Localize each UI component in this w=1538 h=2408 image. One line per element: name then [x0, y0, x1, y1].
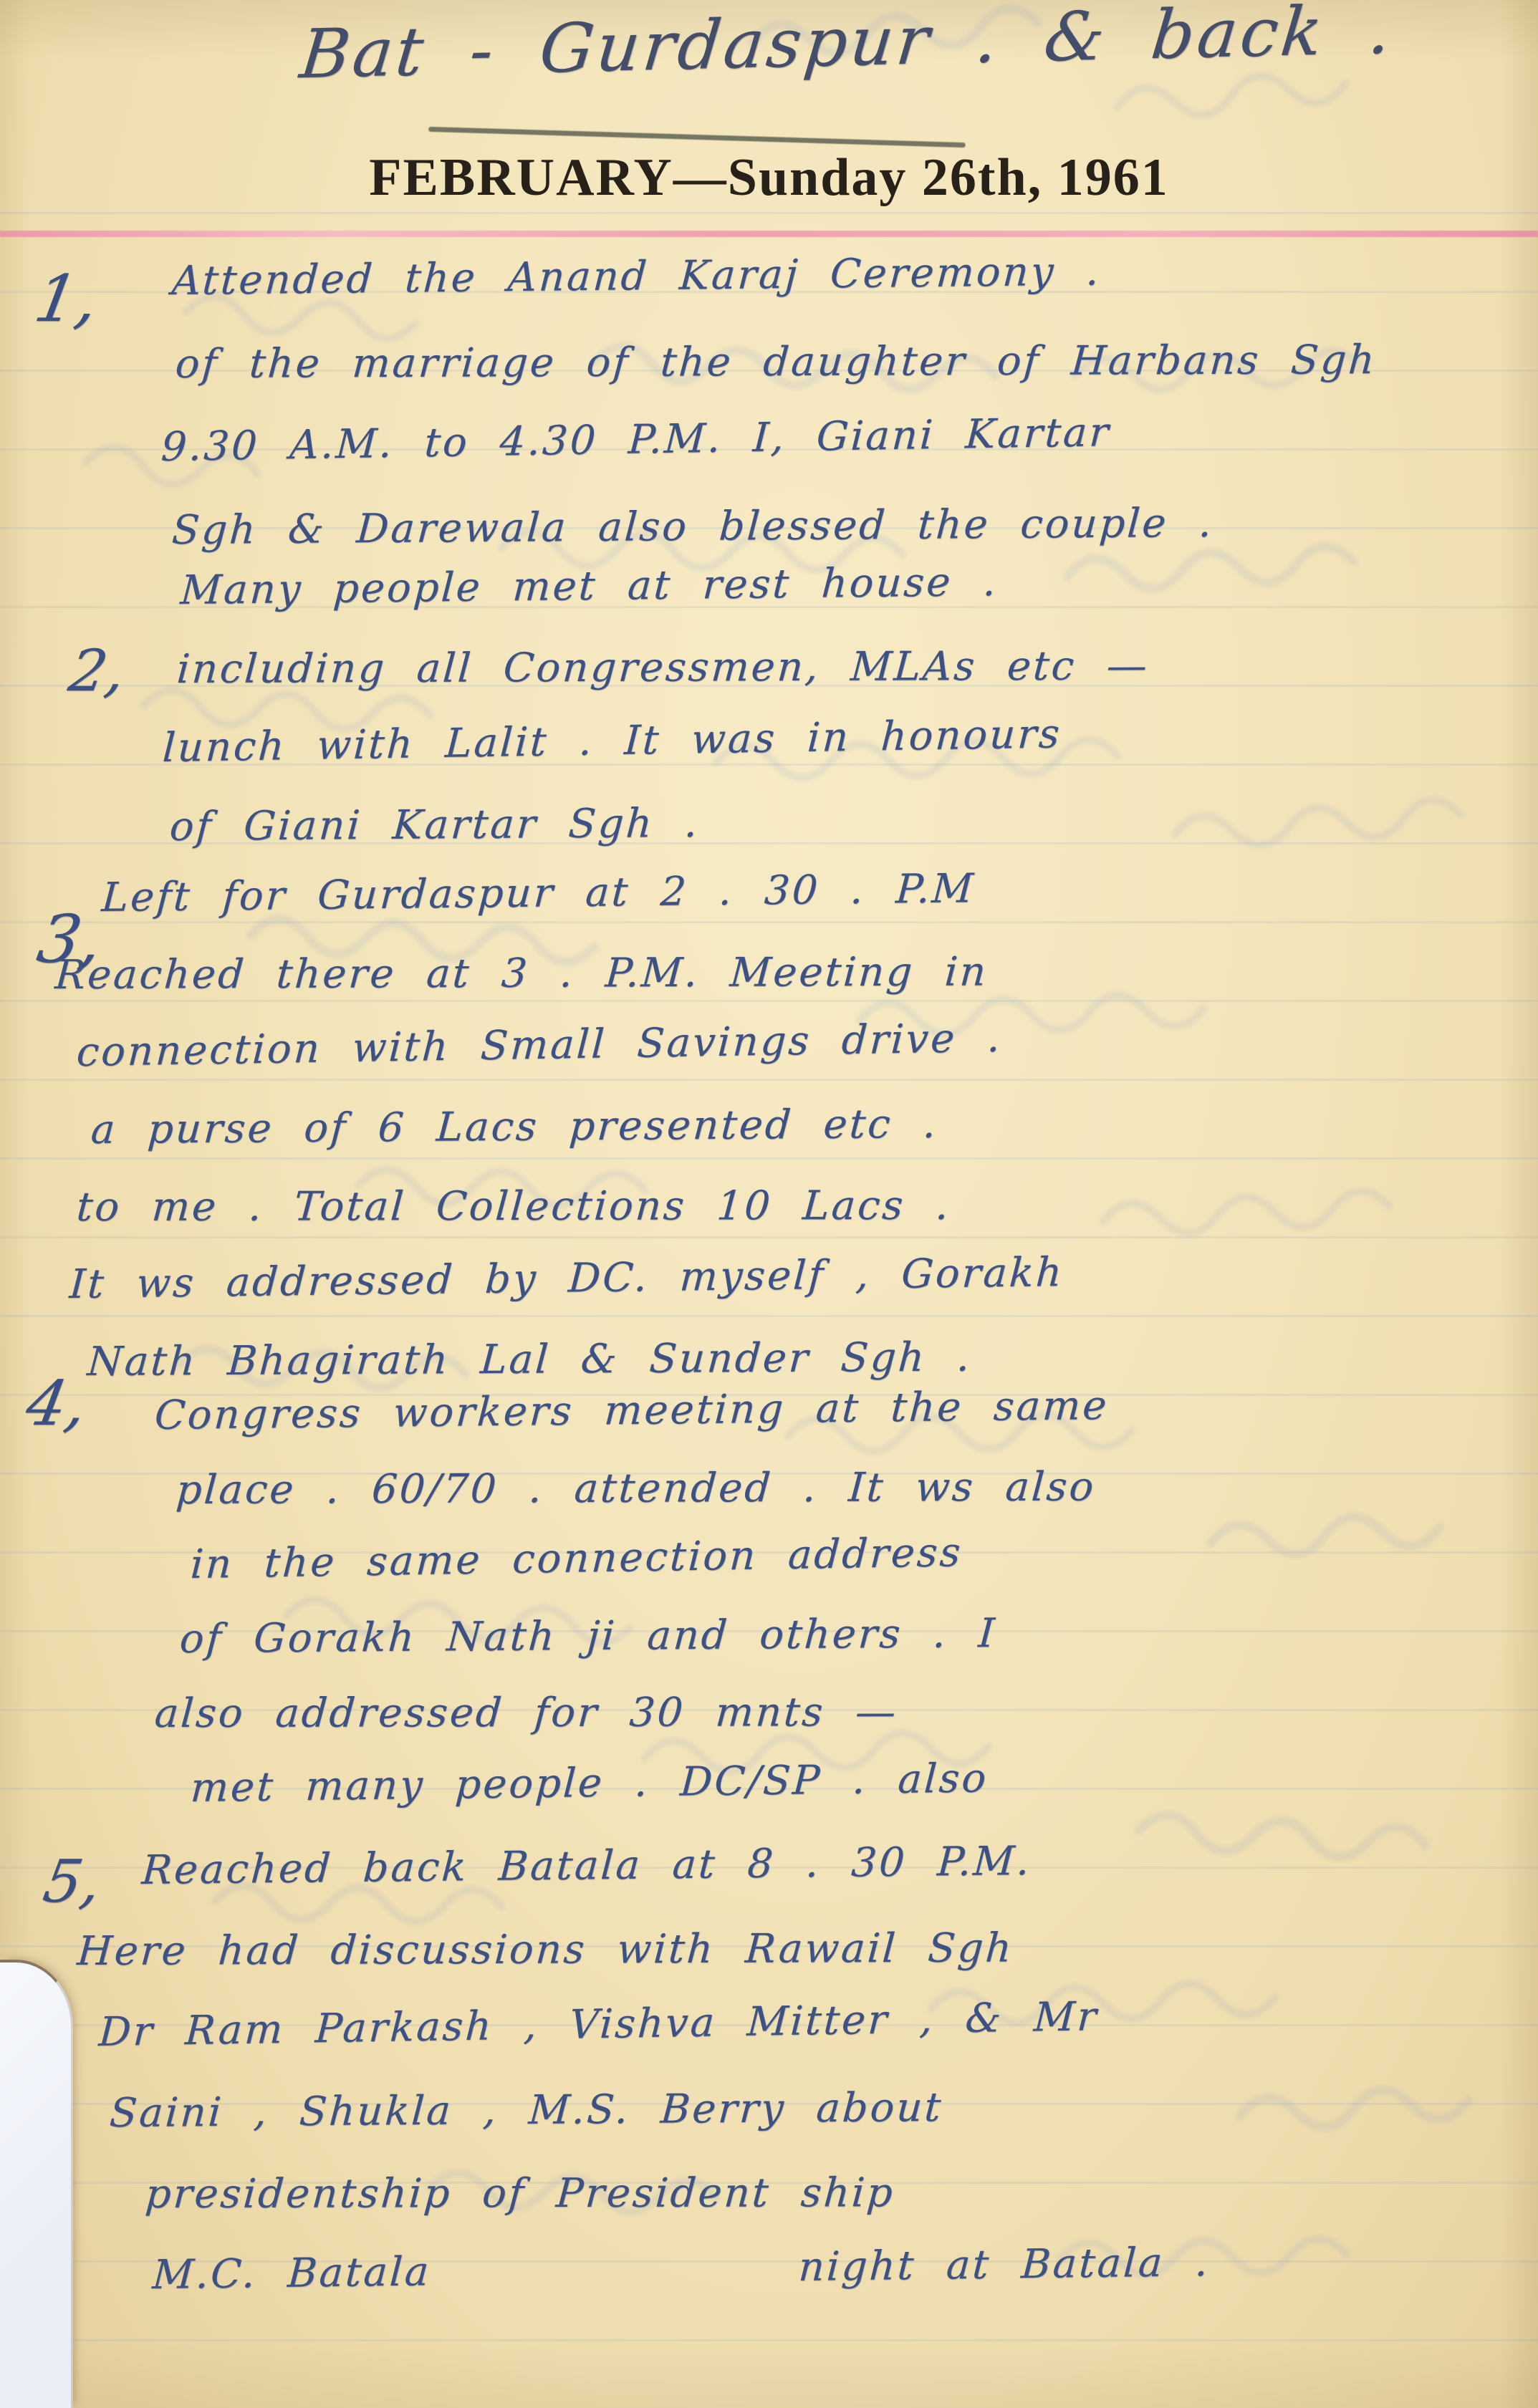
entry-line: Congress workers meeting at the same: [153, 1364, 1538, 1453]
page-corner-underlay: [0, 1960, 73, 2408]
entry-line: a purse of 6 Lacs presented etc .: [89, 1082, 1538, 1169]
diary-entry: 1,Attended the Anand Karaj Ceremony .of …: [0, 240, 1538, 572]
entry-line: of Gorakh Nath ji and others . I: [178, 1593, 1538, 1677]
entry-lines: Left for Gurdaspur at 2 . 30 . P.MReache…: [102, 859, 1538, 1401]
entry-line: M.C. Batala night at Batala .: [150, 2217, 1538, 2316]
trip-note-underline: [428, 127, 966, 148]
trip-note: Bat - Gurdaspur . & back .: [297, 0, 1397, 94]
bleedthrough-stroke: [1116, 67, 1347, 124]
entry-line: met many people . DC/SP . also: [188, 1735, 1538, 1826]
entry-number: 4,: [21, 1368, 92, 1440]
diary-entry: 2,Many people met at rest house .includi…: [0, 552, 1538, 867]
entry-line: Attended the Anand Karaj Ceremony .: [170, 226, 1538, 323]
entry-line: Reached back Batala at 8 . 30 P.M.: [140, 1816, 1538, 1911]
entry-line: Left for Gurdaspur at 2 . 30 . P.M: [100, 844, 1538, 937]
entry-lines: Reached back Batala at 8 . 30 P.M.Here h…: [120, 1830, 1538, 2316]
printed-date-header: FEBRUARY—Sunday 26th, 1961: [0, 148, 1538, 208]
diary-entry: 4,Congress workers meeting at the samepl…: [0, 1379, 1538, 1826]
entry-line: Saini , Shukla , M.S. Berry about: [107, 2063, 1538, 2154]
entry-line: Many people met at rest house .: [178, 537, 1538, 630]
entry-number: 5,: [39, 1848, 107, 1916]
entry-lines: Congress workers meeting at the sameplac…: [148, 1379, 1538, 1826]
entry-number: 2,: [64, 637, 131, 704]
entry-lines: Many people met at rest house .including…: [181, 552, 1538, 867]
entry-lines: Attended the Anand Karaj Ceremony .of th…: [172, 240, 1538, 572]
diary-page: Bat - Gurdaspur . & back . FEBRUARY—Sund…: [0, 0, 1538, 2408]
diary-entry: 5,Reached back Batala at 8 . 30 P.M.Here…: [0, 1830, 1538, 2316]
diary-entry: 3,Left for Gurdaspur at 2 . 30 . P.MReac…: [0, 859, 1538, 1401]
entry-number: 1,: [29, 261, 104, 337]
